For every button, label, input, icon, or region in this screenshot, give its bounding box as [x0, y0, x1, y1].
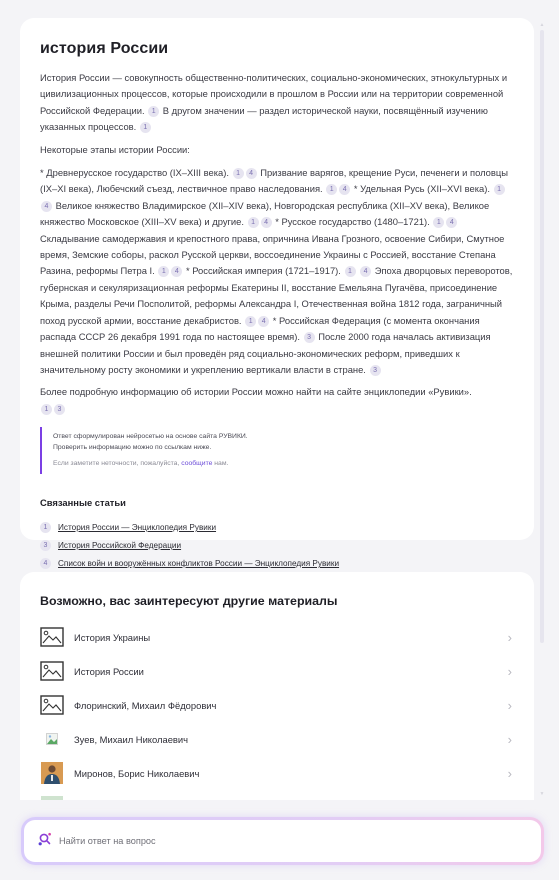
citation-badge[interactable]: 4	[246, 168, 257, 179]
citation-badge[interactable]: 3	[304, 332, 315, 343]
related-articles-heading: Связанные статьи	[40, 497, 514, 508]
citation-badge[interactable]: 1	[233, 168, 244, 179]
citation-badge[interactable]: 4	[171, 266, 182, 277]
search-bar	[21, 817, 544, 865]
chevron-right-icon: ›	[508, 766, 512, 781]
content-viewport: история России История России — совокупн…	[0, 0, 559, 800]
recommendation-item[interactable]: Флоринский, Михаил Фёдорович ›	[40, 688, 514, 722]
scroll-down-arrow[interactable]: ▼	[539, 791, 545, 797]
recommendations-heading: Возможно, вас заинтересуют другие матери…	[40, 594, 514, 608]
portrait-photo	[40, 762, 64, 784]
recommendations-card: Возможно, вас заинтересуют другие матери…	[20, 572, 534, 800]
citation-badge[interactable]: 4	[258, 316, 269, 327]
feedback-note: Если заметите неточности, пожалуйста, со…	[53, 459, 514, 470]
citation-badge[interactable]: 1	[41, 404, 52, 415]
report-link[interactable]: сообщите	[181, 460, 212, 467]
stages-heading: Некоторые этапы истории России:	[40, 142, 514, 158]
scroll-up-arrow[interactable]: ▲	[539, 22, 545, 28]
answer-card: история России История России — совокупн…	[20, 18, 534, 540]
outro-paragraph: Более подробную информацию об истории Ро…	[40, 384, 514, 417]
citation-badge[interactable]: 1	[148, 106, 159, 117]
recommendation-item[interactable]: Зуев, Михаил Николаевич ›	[40, 722, 514, 756]
citation-badge[interactable]: 3	[370, 365, 381, 376]
answer-title: история России	[40, 40, 514, 58]
citation-badge[interactable]: 1	[245, 316, 256, 327]
citation-badge[interactable]: 4	[261, 217, 272, 228]
recommendation-item[interactable]: Миронов, Борис Николаевич ›	[40, 756, 514, 790]
chevron-right-icon: ›	[508, 698, 512, 713]
citation-badge[interactable]: 1	[140, 122, 151, 133]
citation-badge: 1	[40, 522, 51, 533]
citation-badge[interactable]: 1	[494, 184, 505, 195]
related-article: 1 История России — Энциклопедия Рувики	[40, 519, 514, 537]
citation-badge[interactable]: 1	[158, 266, 169, 277]
image-placeholder-icon	[40, 660, 64, 682]
related-articles-list: 1 История России — Энциклопедия Рувики 3…	[40, 519, 514, 573]
chevron-right-icon: ›	[508, 630, 512, 645]
citation-badge[interactable]: 4	[446, 217, 457, 228]
image-placeholder-icon	[40, 626, 64, 648]
chevron-right-icon: ›	[508, 664, 512, 679]
image-placeholder-icon	[40, 694, 64, 716]
stages-paragraph: * Древнерусское государство (IX–XIII век…	[40, 165, 514, 378]
citation-badge: 4	[40, 558, 51, 569]
related-article: 3 История Российской Федерации	[40, 537, 514, 555]
ai-disclaimer: Ответ сформулирован нейросетью на основе…	[40, 427, 514, 474]
citation-badge[interactable]: 4	[41, 201, 52, 212]
intro-paragraph: История России — совокупность общественн…	[40, 70, 514, 136]
citation-badge[interactable]: 1	[345, 266, 356, 277]
ai-search-icon	[38, 832, 52, 851]
recommendation-item[interactable]: История России ›	[40, 654, 514, 688]
citation-badge[interactable]: 4	[360, 266, 371, 277]
citation-badge[interactable]: 3	[54, 404, 65, 415]
recommendation-item[interactable]: История Украины ›	[40, 620, 514, 654]
citation-badge[interactable]: 1	[326, 184, 337, 195]
chevron-right-icon: ›	[508, 732, 512, 747]
related-article-link[interactable]: Список войн и вооружённых конфликтов Рос…	[58, 559, 339, 568]
search-input[interactable]	[59, 836, 541, 846]
scrollbar-thumb[interactable]	[540, 30, 544, 643]
related-article: 4 Список войн и вооружённых конфликтов Р…	[40, 555, 514, 573]
recommendation-item-partial[interactable]	[40, 790, 514, 800]
related-article-link[interactable]: История Российской Федерации	[58, 541, 181, 550]
citation-badge[interactable]: 1	[248, 217, 259, 228]
related-article-link[interactable]: История России — Энциклопедия Рувики	[58, 523, 216, 532]
vertical-scrollbar[interactable]: ▲ ▼	[539, 22, 545, 797]
citation-badge[interactable]: 4	[339, 184, 350, 195]
citation-badge: 3	[40, 540, 51, 551]
portrait-photo	[40, 796, 64, 800]
broken-image-icon	[40, 728, 64, 750]
citation-badge[interactable]: 1	[433, 217, 444, 228]
